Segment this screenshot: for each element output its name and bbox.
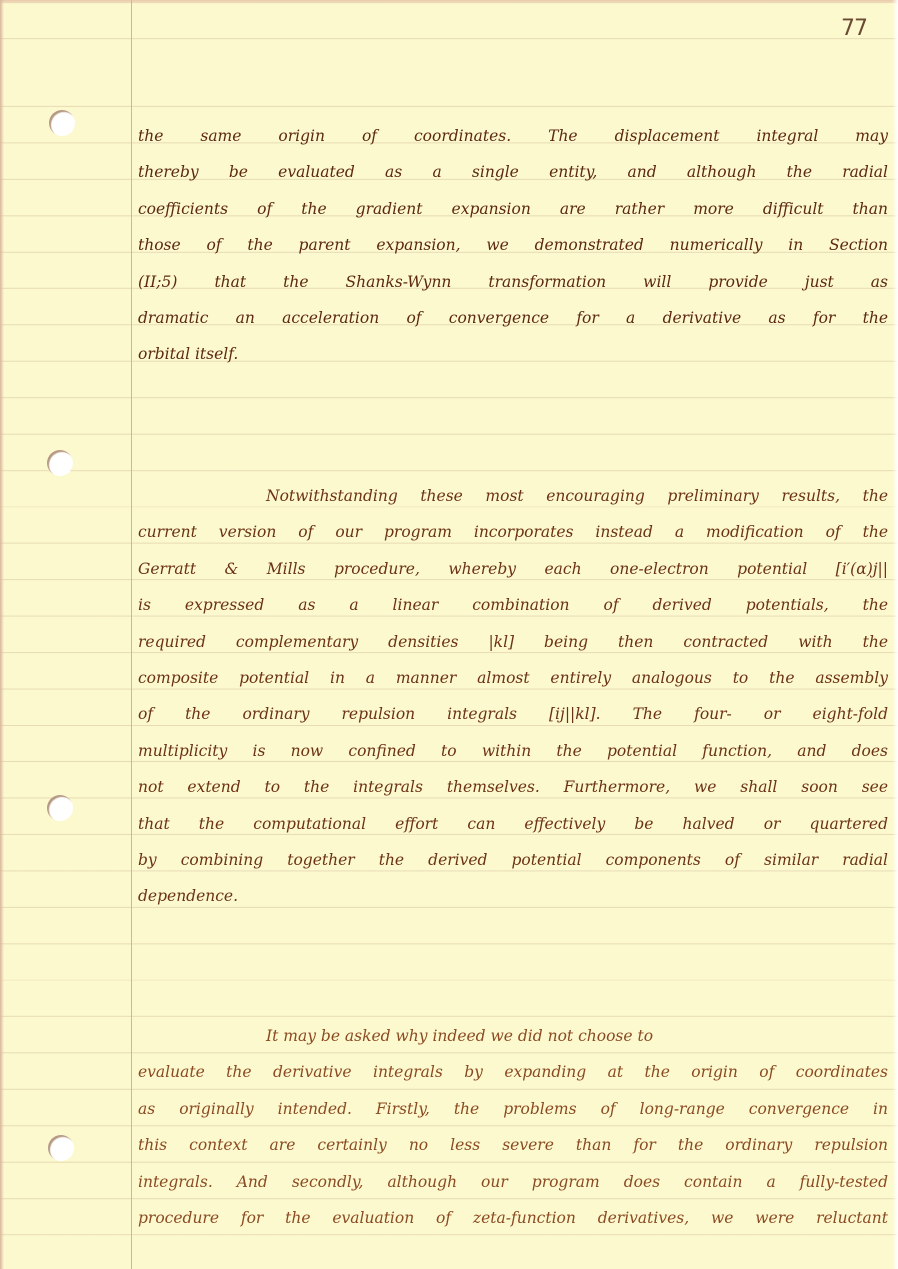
punch-hole-icon xyxy=(48,1135,74,1161)
text-line: required complementary densities |kl] be… xyxy=(138,624,888,660)
text-line: integrals. And secondly, although our pr… xyxy=(138,1164,888,1200)
text-line: orbital itself. xyxy=(138,336,888,372)
text-line: by combining together the derived potent… xyxy=(138,842,888,878)
text-line: procedure for the evaluation of zeta-fun… xyxy=(138,1200,888,1236)
paper-right-edge xyxy=(892,0,898,1269)
punch-hole-icon xyxy=(47,450,73,476)
notebook-page: 77 the same origin of coordinates. The d… xyxy=(0,0,898,1269)
text-line: as originally intended. Firstly, the pro… xyxy=(138,1091,888,1127)
text-line: It may be asked why indeed we did not ch… xyxy=(138,1018,888,1054)
margin-rule xyxy=(131,0,132,1269)
text-line: of the ordinary repulsion integrals [ij|… xyxy=(138,696,888,732)
page-number: 77 xyxy=(841,16,867,41)
text-line: evaluate the derivative integrals by exp… xyxy=(138,1054,888,1090)
paragraph-3: It may be asked why indeed we did not ch… xyxy=(138,1018,888,1236)
paragraph-2: Notwithstanding these most encouraging p… xyxy=(138,478,888,915)
text-line: dramatic an acceleration of convergence … xyxy=(138,300,888,336)
paper-top-edge xyxy=(0,0,898,4)
text-line: multiplicity is now confined to within t… xyxy=(138,733,888,769)
text-line: this context are certainly no less sever… xyxy=(138,1127,888,1163)
paragraph-1: the same origin of coordinates. The disp… xyxy=(138,118,888,373)
text-line: (II;5) that the Shanks-Wynn transformati… xyxy=(138,264,888,300)
text-line: dependence. xyxy=(138,878,888,914)
text-line: composite potential in a manner almost e… xyxy=(138,660,888,696)
text-line: is expressed as a linear combination of … xyxy=(138,587,888,623)
text-line: thereby be evaluated as a single entity,… xyxy=(138,154,888,190)
paper-left-edge xyxy=(0,0,4,1269)
text-line: those of the parent expansion, we demons… xyxy=(138,227,888,263)
punch-hole-icon xyxy=(49,110,75,136)
text-line: that the computational effort can effect… xyxy=(138,806,888,842)
text-line: coefficients of the gradient expansion a… xyxy=(138,191,888,227)
punch-hole-icon xyxy=(47,795,73,821)
text-line: Gerratt & Mills procedure, whereby each … xyxy=(138,551,888,587)
text-line: the same origin of coordinates. The disp… xyxy=(138,118,888,154)
text-line: current version of our program incorpora… xyxy=(138,514,888,550)
text-line: not extend to the integrals themselves. … xyxy=(138,769,888,805)
text-line: Notwithstanding these most encouraging p… xyxy=(138,478,888,514)
